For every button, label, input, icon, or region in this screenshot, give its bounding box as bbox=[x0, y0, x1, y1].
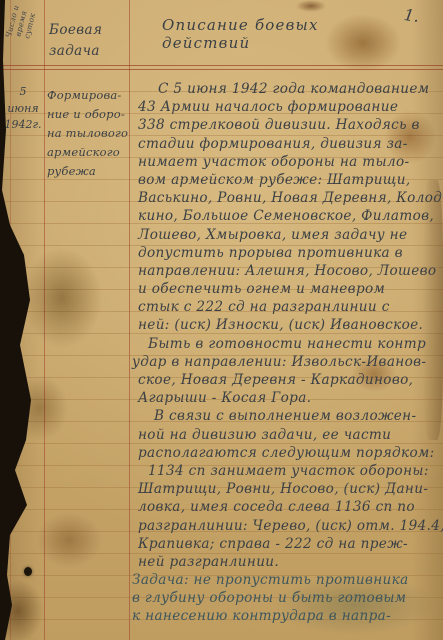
handwritten-line: удар в направлении: Извольск-Иванов- bbox=[132, 353, 438, 371]
handwritten-line: располагаются следующим порядком: bbox=[132, 444, 438, 462]
handwritten-line: Крапивка; справа - 222 сд на преж- bbox=[132, 535, 438, 553]
handwritten-line: вом армейском рубеже: Шатрищи, bbox=[132, 171, 438, 189]
handwritten-line: В связи с выполнением возложен- bbox=[132, 407, 438, 425]
handwritten-line: ней разгранлинии. bbox=[132, 553, 438, 571]
entry-date-line: июня bbox=[2, 101, 44, 118]
scanned-journal-page: Число и время суток Боевая задача Описан… bbox=[0, 0, 443, 640]
column-rule-date-task bbox=[44, 0, 45, 640]
handwritten-line: допустить прорыва противника в bbox=[132, 244, 438, 262]
combat-actions-description: С 5 июня 1942 года командованием43 Армии… bbox=[132, 80, 438, 626]
handwritten-line: и обеспечить огнем и маневром bbox=[132, 280, 438, 298]
entry-task-line: ние и оборо- bbox=[47, 105, 129, 124]
handwritten-line: С 5 июня 1942 года командованием bbox=[132, 80, 438, 98]
handwritten-line: стадии формирования, дивизия за- bbox=[132, 135, 438, 153]
entry-date-line: 1942г. bbox=[2, 117, 44, 134]
handwritten-line: 1134 сп занимает участок обороны: bbox=[132, 462, 438, 480]
stain-left-large bbox=[22, 248, 102, 348]
handwritten-line: Агарыши - Косая Гора. bbox=[132, 389, 438, 407]
handwritten-line: ней: (иск) Износки, (иск) Ивановское. bbox=[132, 316, 438, 334]
handwritten-line: кино, Большое Семеновское, Филатов, bbox=[132, 207, 438, 225]
entry-task-line: армейского bbox=[47, 143, 129, 162]
entry-task: Формирова-ние и оборо-на тыловогоармейск… bbox=[47, 86, 129, 181]
stain-top-edge bbox=[296, 0, 326, 12]
handwritten-line: стык с 222 сд на разгранлинии с bbox=[132, 298, 438, 316]
paper-hole bbox=[24, 567, 32, 576]
entry-date: 5июня1942г. bbox=[2, 84, 44, 134]
handwritten-line: Задача: не пропустить противника bbox=[132, 571, 438, 589]
handwritten-line: направлении: Алешня, Носово, Лошево bbox=[132, 262, 438, 280]
stain-bottom-left bbox=[36, 512, 102, 568]
header-underline-2 bbox=[0, 69, 443, 70]
handwritten-line: в глубину обороны и быть готовым bbox=[132, 589, 438, 607]
column-rule-task-body bbox=[129, 0, 130, 640]
header-task-column-label: Боевая задача bbox=[49, 20, 129, 62]
entry-task-line: рубежа bbox=[47, 162, 129, 181]
entry-date-line: 5 bbox=[2, 84, 44, 101]
handwritten-line: нимает участок обороны на тыло- bbox=[132, 153, 438, 171]
handwritten-line: 43 Армии началось формирование bbox=[132, 98, 438, 116]
header-description-column-label: Описание боевых действий bbox=[162, 16, 392, 52]
header-datetime-column-label: Число и время суток bbox=[2, 0, 41, 52]
handwritten-line: Лошево, Хмыровка, имея задачу не bbox=[132, 226, 438, 244]
page-number: 1. bbox=[403, 5, 421, 26]
handwritten-line: к нанесению контрудара в напра- bbox=[132, 607, 438, 625]
handwritten-line: разгранлинии: Черево, (иск) отм. 194.4, bbox=[132, 517, 438, 535]
header-underline-1 bbox=[0, 65, 443, 66]
handwritten-line: Быть в готовности нанести контр bbox=[132, 335, 438, 353]
handwritten-line: ловка, имея соседа слева 1136 сп по bbox=[132, 498, 438, 516]
handwritten-line: Шатрищи, Ровни, Носово, (иск) Дани- bbox=[132, 480, 438, 498]
handwritten-line: 338 стрелковой дивизии. Находясь в bbox=[132, 116, 438, 134]
handwritten-line: ское, Новая Деревня - Каркадиново, bbox=[132, 371, 438, 389]
handwritten-line: Васькино, Ровни, Новая Деревня, Колод- bbox=[132, 189, 438, 207]
entry-task-line: Формирова- bbox=[47, 86, 129, 105]
handwritten-line: ной на дивизию задачи, ее части bbox=[132, 426, 438, 444]
entry-task-line: на тылового bbox=[47, 124, 129, 143]
